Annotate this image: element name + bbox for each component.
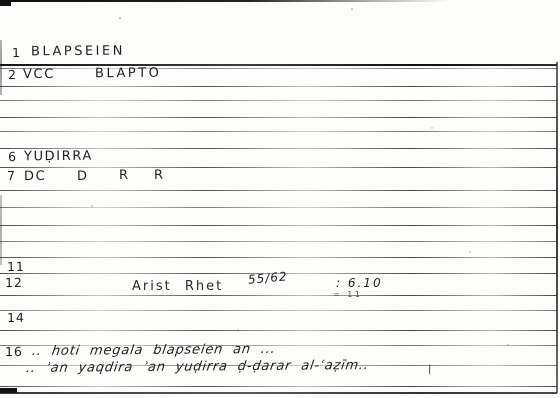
ruled-line [0, 386, 557, 387]
row-12-reference: : 6.10 [336, 277, 383, 290]
row-7-letter: D [77, 170, 90, 184]
row-7-letter: R [154, 169, 166, 183]
ruled-line [0, 225, 557, 226]
row-12-subnote: = 11 [333, 291, 362, 300]
ruled-line [0, 117, 557, 118]
row-16-greek-transliteration: .. hoti megala blapseien an ... [31, 343, 277, 359]
row-2-number: 2 [8, 68, 17, 82]
row-6-entry: YUḌIRRA [24, 150, 93, 165]
left-edge-artifact [0, 195, 2, 265]
row-7-number: 7 [7, 169, 16, 183]
ruled-line [0, 257, 557, 258]
row-2-abbrev: VCC [23, 68, 55, 83]
row-14-number: 14 [7, 311, 25, 325]
row-12-page-fraction: 55/62 [248, 270, 289, 287]
row-1-entry: BLAPSEIEN [31, 45, 125, 60]
ruled-line [0, 310, 557, 311]
ruled-line [0, 167, 557, 168]
ruled-line [0, 68, 557, 69]
top-left-corner-mark [0, 0, 11, 6]
row-16-number: 16 [5, 345, 23, 359]
ruled-line [0, 100, 557, 101]
ruled-line [0, 330, 557, 331]
row-7-abbrev: DC [24, 170, 46, 184]
row-12-citation: Arist Rhet [132, 280, 223, 294]
row-11-number: 11 [7, 260, 25, 274]
ruled-line [0, 190, 557, 191]
ruled-line [0, 207, 557, 208]
ruled-line [0, 295, 557, 296]
row-2-entry: BLAPTO [95, 67, 161, 82]
ruled-line [0, 131, 557, 132]
card-top-border [0, 0, 452, 2]
row-1-number: 1 [12, 46, 21, 60]
row-12-number: 12 [5, 276, 23, 290]
row-16-end-tick: | [428, 364, 431, 375]
ruled-line [0, 241, 557, 242]
index-card-scan: 1 BLAPSEIEN 2 VCC BLAPTO 6 YUḌIRRA 7 DC … [0, 0, 560, 398]
row-7-letter: R [119, 169, 131, 183]
card-right-border [556, 62, 558, 393]
row-16-arabic-transliteration: .. ʾan yaqdira ʾan yuḍirra ḍ-ḍarar al-ʿa… [25, 359, 370, 376]
ruled-line [0, 86, 557, 87]
ruled-line [0, 64, 557, 66]
card-bottom-border [0, 392, 557, 394]
row-6-number: 6 [8, 150, 17, 164]
